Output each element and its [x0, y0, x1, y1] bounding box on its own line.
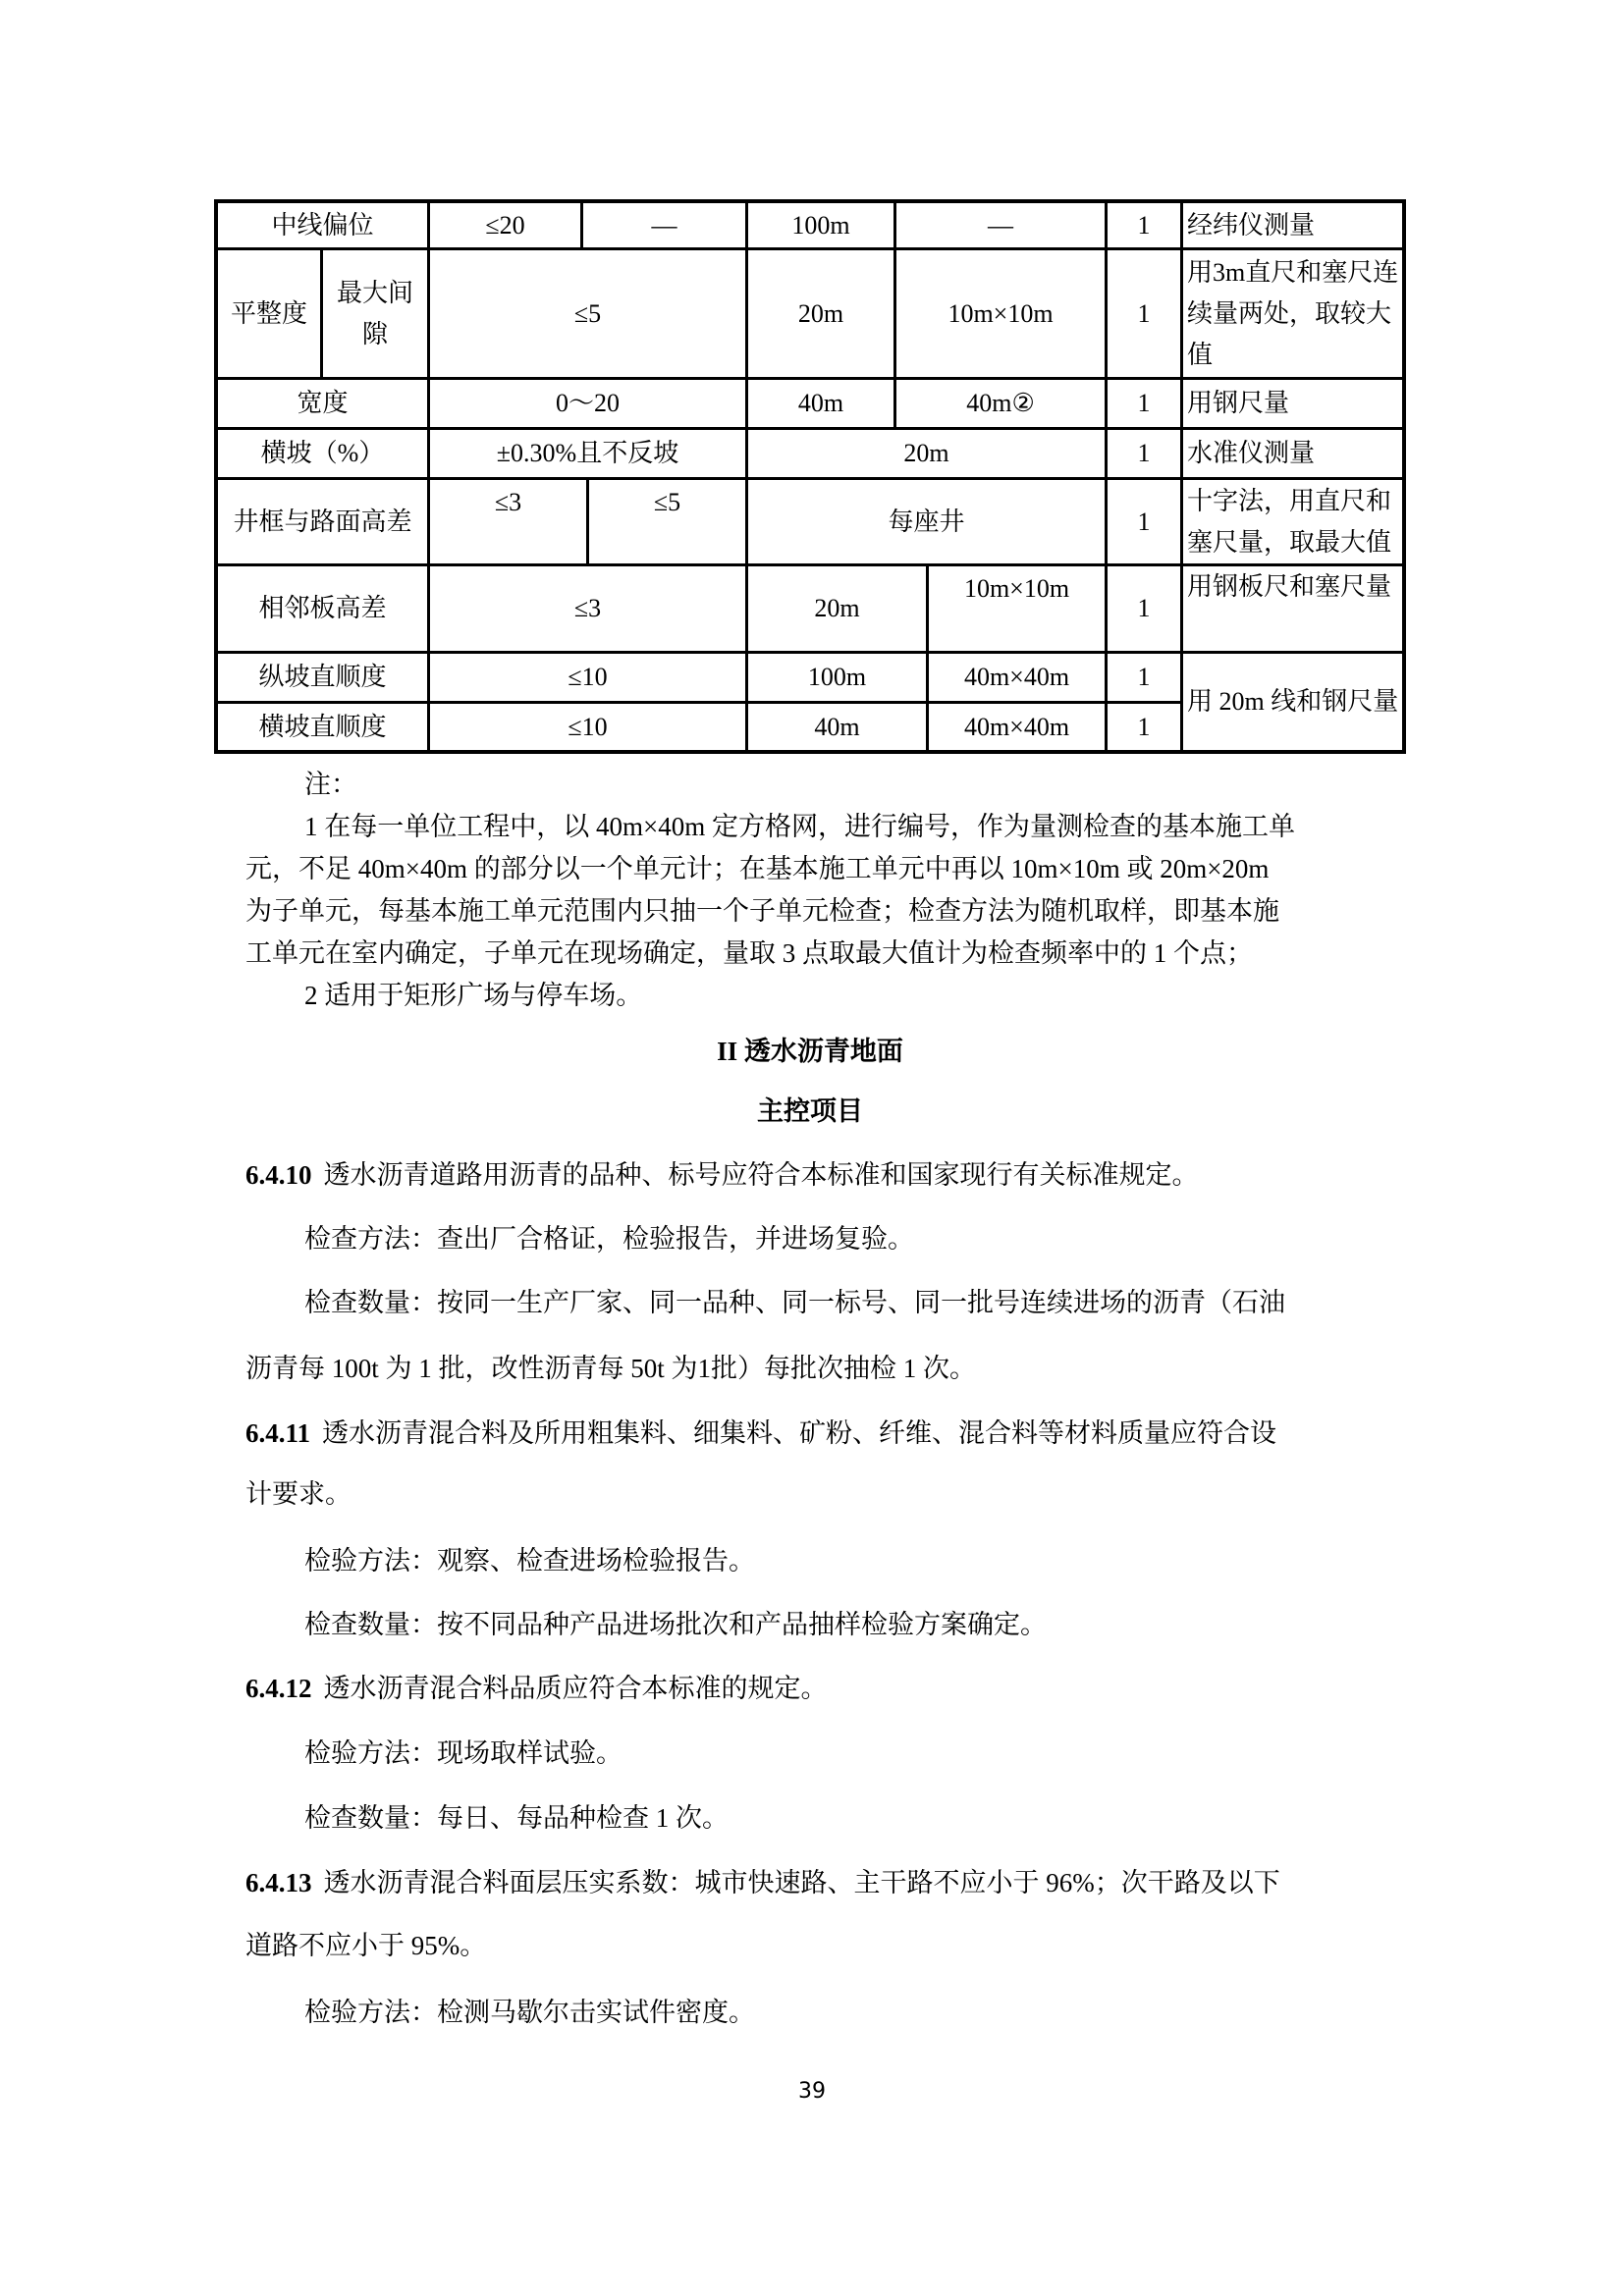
clause-6-4-10: 6.4.10透水沥青道路用沥青的品种、标号应符合本标准和国家现行有关标准规定。 — [245, 1154, 1404, 1197]
clause-text: 透水沥青混合料品质应符合本标准的规定。 — [324, 1674, 828, 1703]
inspection-quantity: 检查数量：按同一生产厂家、同一品种、同一标号、同一批号连续进场的沥青（石油 — [245, 1282, 1463, 1324]
table-cell-subitem: 最大间隙 — [323, 250, 430, 380]
table-cell-frequency: 100m — [748, 654, 929, 704]
table-cell-method: 用钢尺量 — [1183, 380, 1402, 430]
table-cell-tolerance: ≤20 — [430, 203, 583, 250]
table-cell-frequency: 每座井 — [748, 480, 1108, 566]
table-cell-frequency: 20m — [748, 566, 929, 654]
table-cell-item: 纵坡直顺度 — [218, 654, 430, 704]
section-subtitle: 主控项目 — [214, 1091, 1406, 1133]
table-cell-tolerance: ±0.30%且不反坡 — [430, 430, 748, 480]
table-cell-item: 中线偏位 — [218, 203, 430, 250]
clause-6-4-13-cont: 道路不应小于 95%。 — [245, 1925, 1404, 1967]
table-cell-frequency: 100m — [748, 203, 896, 250]
table-cell-points: 1 — [1108, 704, 1183, 750]
clause-number: 6.4.13 — [245, 1868, 312, 1897]
table-cell-frequency: 40m — [748, 380, 896, 430]
clause-number: 6.4.11 — [245, 1418, 310, 1448]
table-cell-tolerance: ≤5 — [430, 250, 748, 380]
table-cell-points: 1 — [1108, 430, 1183, 480]
table-cell-item: 横坡（%） — [218, 430, 430, 480]
inspection-quantity-cont: 沥青每 100t 为 1 批，改性沥青每 50t 为1批）每批次抽检 1 次。 — [245, 1348, 1404, 1390]
table-cell-method: 用 20m 线和钢尺量 — [1183, 654, 1402, 750]
table-cell-points: 1 — [1108, 480, 1183, 566]
table-cell-item: 井框与路面高差 — [218, 480, 430, 566]
table-cell-points: 1 — [1108, 250, 1183, 380]
table-cell-frequency: 40m② — [896, 380, 1108, 430]
table-cell-frequency: 10m×10m — [896, 250, 1108, 380]
clause-number: 6.4.12 — [245, 1674, 312, 1703]
table-cell-method: 用钢板尺和塞尺量 — [1183, 566, 1402, 654]
inspection-method: 检验方法：观察、检查进场检验报告。 — [245, 1540, 1463, 1582]
clause-number: 6.4.10 — [245, 1160, 312, 1190]
clause-6-4-13: 6.4.13透水沥青混合料面层压实系数：城市快速路、主干路不应小于 96%；次干… — [245, 1862, 1404, 1904]
inspection-method: 检验方法：现场取样试验。 — [245, 1733, 1463, 1775]
table-cell-tolerance: ≤3 — [430, 566, 748, 654]
table-cell-frequency: 40m×40m — [929, 654, 1108, 704]
table-cell-frequency: 20m — [748, 430, 1108, 480]
inspection-method: 检查方法：查出厂合格证，检验报告，并进场复验。 — [245, 1218, 1463, 1260]
clause-6-4-11-cont: 计要求。 — [245, 1473, 1404, 1516]
inspection-quantity: 检查数量：按不同品种产品进场批次和产品抽样检验方案确定。 — [245, 1604, 1463, 1646]
inspection-table: 中线偏位 ≤20 — 100m — 1 经纬仪测量 平整度 最大间隙 ≤5 20… — [214, 199, 1406, 754]
page-number: 39 — [0, 2079, 1624, 2104]
table-cell-tolerance: ≤5 — [589, 480, 748, 566]
document-page: 中线偏位 ≤20 — 100m — 1 经纬仪测量 平整度 最大间隙 ≤5 20… — [0, 0, 1624, 2296]
inspection-quantity: 检查数量：每日、每品种检查 1 次。 — [245, 1797, 1463, 1840]
table-cell-item: 宽度 — [218, 380, 430, 430]
table-cell-frequency: 40m×40m — [929, 704, 1108, 750]
table-cell-item: 平整度 — [218, 250, 323, 380]
table-cell-method: 用3m直尺和塞尺连续量两处，取较大值 — [1183, 250, 1402, 380]
table-cell-frequency: — — [896, 203, 1108, 250]
table-cell-tolerance: ≤10 — [430, 654, 748, 704]
table-cell-frequency: 20m — [748, 250, 896, 380]
table-cell-points: 1 — [1108, 380, 1183, 430]
notes-label: 注： — [245, 764, 1463, 806]
note-1-line-2: 元，不足 40m×40m 的部分以一个单元计；在基本施工单元中再以 10m×10… — [245, 848, 1404, 890]
table-cell-points: 1 — [1108, 203, 1183, 250]
clause-6-4-12: 6.4.12透水沥青混合料品质应符合本标准的规定。 — [245, 1668, 1404, 1710]
table-cell-tolerance: 0～20 — [430, 380, 748, 430]
clause-text: 透水沥青混合料及所用粗集料、细集料、矿粉、纤维、混合料等材料质量应符合设 — [322, 1418, 1276, 1448]
section-title: II 透水沥青地面 — [214, 1031, 1406, 1073]
clause-6-4-11: 6.4.11透水沥青混合料及所用粗集料、细集料、矿粉、纤维、混合料等材料质量应符… — [245, 1413, 1404, 1455]
note-1-line-4: 工单元在室内确定，子单元在现场确定，量取 3 点取最大值计为检查频率中的 1 个… — [245, 933, 1404, 975]
note-1-line-1: 1 在每一单位工程中，以 40m×40m 定方格网，进行编号，作为量测检查的基本… — [245, 806, 1463, 848]
table-cell-method: 水准仪测量 — [1183, 430, 1402, 480]
note-2: 2 适用于矩形广场与停车场。 — [245, 975, 1463, 1017]
table-cell-points: 1 — [1108, 654, 1183, 704]
note-1-line-3: 为子单元，每基本施工单元范围内只抽一个子单元检查；检查方法为随机取样，即基本施 — [245, 890, 1404, 933]
table-cell-method: 十字法，用直尺和塞尺量，取最大值 — [1183, 480, 1402, 566]
table-cell-method: 经纬仪测量 — [1183, 203, 1402, 250]
table-cell-tolerance: — — [583, 203, 748, 250]
table-cell-tolerance: ≤10 — [430, 704, 748, 750]
inspection-method: 检验方法：检测马歇尔击实试件密度。 — [245, 1992, 1463, 2034]
table-cell-points: 1 — [1108, 566, 1183, 654]
table-cell-frequency: 10m×10m — [929, 566, 1108, 654]
table-cell-item: 横坡直顺度 — [218, 704, 430, 750]
table-cell-tolerance: ≤3 — [430, 480, 589, 566]
table-cell-item: 相邻板高差 — [218, 566, 430, 654]
clause-text: 透水沥青道路用沥青的品种、标号应符合本标准和国家现行有关标准规定。 — [324, 1160, 1199, 1190]
table-cell-frequency: 40m — [748, 704, 929, 750]
clause-text: 透水沥青混合料面层压实系数：城市快速路、主干路不应小于 96%；次干路及以下 — [324, 1868, 1280, 1897]
